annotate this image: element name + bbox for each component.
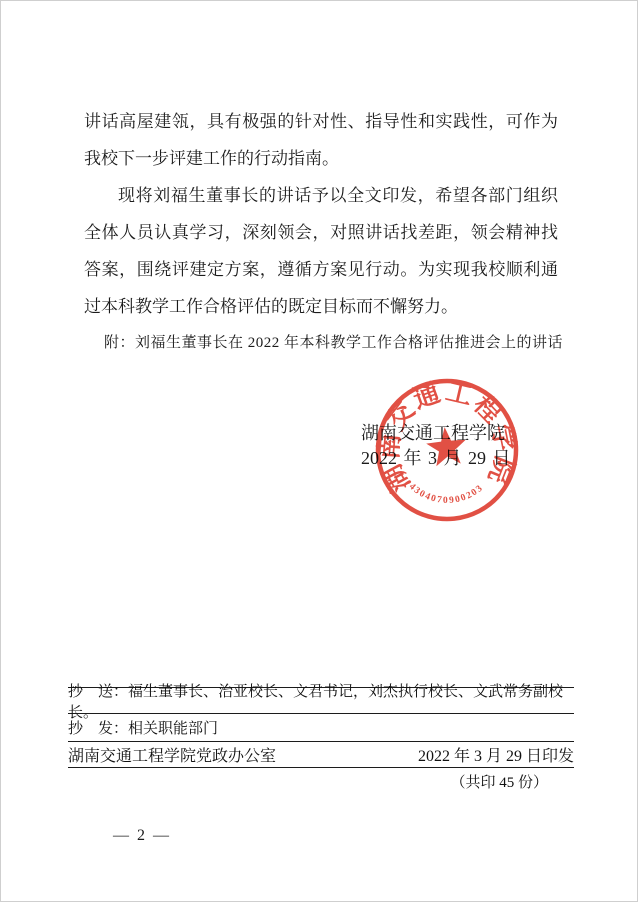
- copy-issue-text: 抄 发：相关职能部门: [68, 717, 218, 738]
- body-paragraph-1: 讲话高屋建瓴，具有极强的针对性、指导性和实践性，可作为我校下一步评建工作的行动指…: [84, 103, 558, 177]
- official-seal: 湖南交通工程学院 4304070900203: [363, 366, 530, 533]
- body-paragraph-2: 现将刘福生董事长的讲话予以全文印发，希望各部门组织全体人员认真学习，深刻领会，对…: [84, 177, 558, 325]
- page-number: — 2 —: [113, 827, 171, 845]
- copy-to-label: 抄 送：: [68, 684, 128, 700]
- attachment-line: 附：刘福生董事长在 2022 年本科教学工作合格评估推进会上的讲话: [104, 331, 604, 355]
- svg-text:4304070900203: 4304070900203: [406, 474, 487, 510]
- copy-distribution-block: 抄 送：福生董事长、治亚校长、文君书记，刘杰执行校长、文武常务副校长。 抄 发：…: [68, 687, 574, 795]
- document-body: 讲话高屋建瓴，具有极强的针对性、指导性和实践性，可作为我校下一步评建工作的行动指…: [84, 103, 558, 325]
- copy-to-row: 抄 送：福生董事长、治亚校长、文君书记，刘杰执行校长、文武常务副校长。: [68, 687, 574, 713]
- issue-date: 2022 年 3 月 29 日印发: [418, 743, 574, 766]
- copy-to-text: 抄 送：福生董事长、治亚校长、文君书记，刘杰执行校长、文武常务副校长。: [68, 680, 574, 722]
- document-page: 讲话高屋建瓴，具有极强的针对性、指导性和实践性，可作为我校下一步评建工作的行动指…: [0, 0, 638, 902]
- copy-to-value: 福生董事长、治亚校长、文君书记，刘杰执行校长、文武常务副校长。: [68, 684, 563, 721]
- issuer-row: 湖南交通工程学院党政办公室 2022 年 3 月 29 日印发: [68, 741, 574, 768]
- issuer-office: 湖南交通工程学院党政办公室: [68, 743, 276, 766]
- copies-count: （共印 45 份）: [68, 771, 574, 795]
- copy-issue-value: 相关职能部门: [128, 721, 218, 737]
- copy-issue-label: 抄 发：: [68, 721, 128, 737]
- seal-star-icon: [425, 425, 469, 467]
- seal-number: 4304070900203: [406, 474, 487, 510]
